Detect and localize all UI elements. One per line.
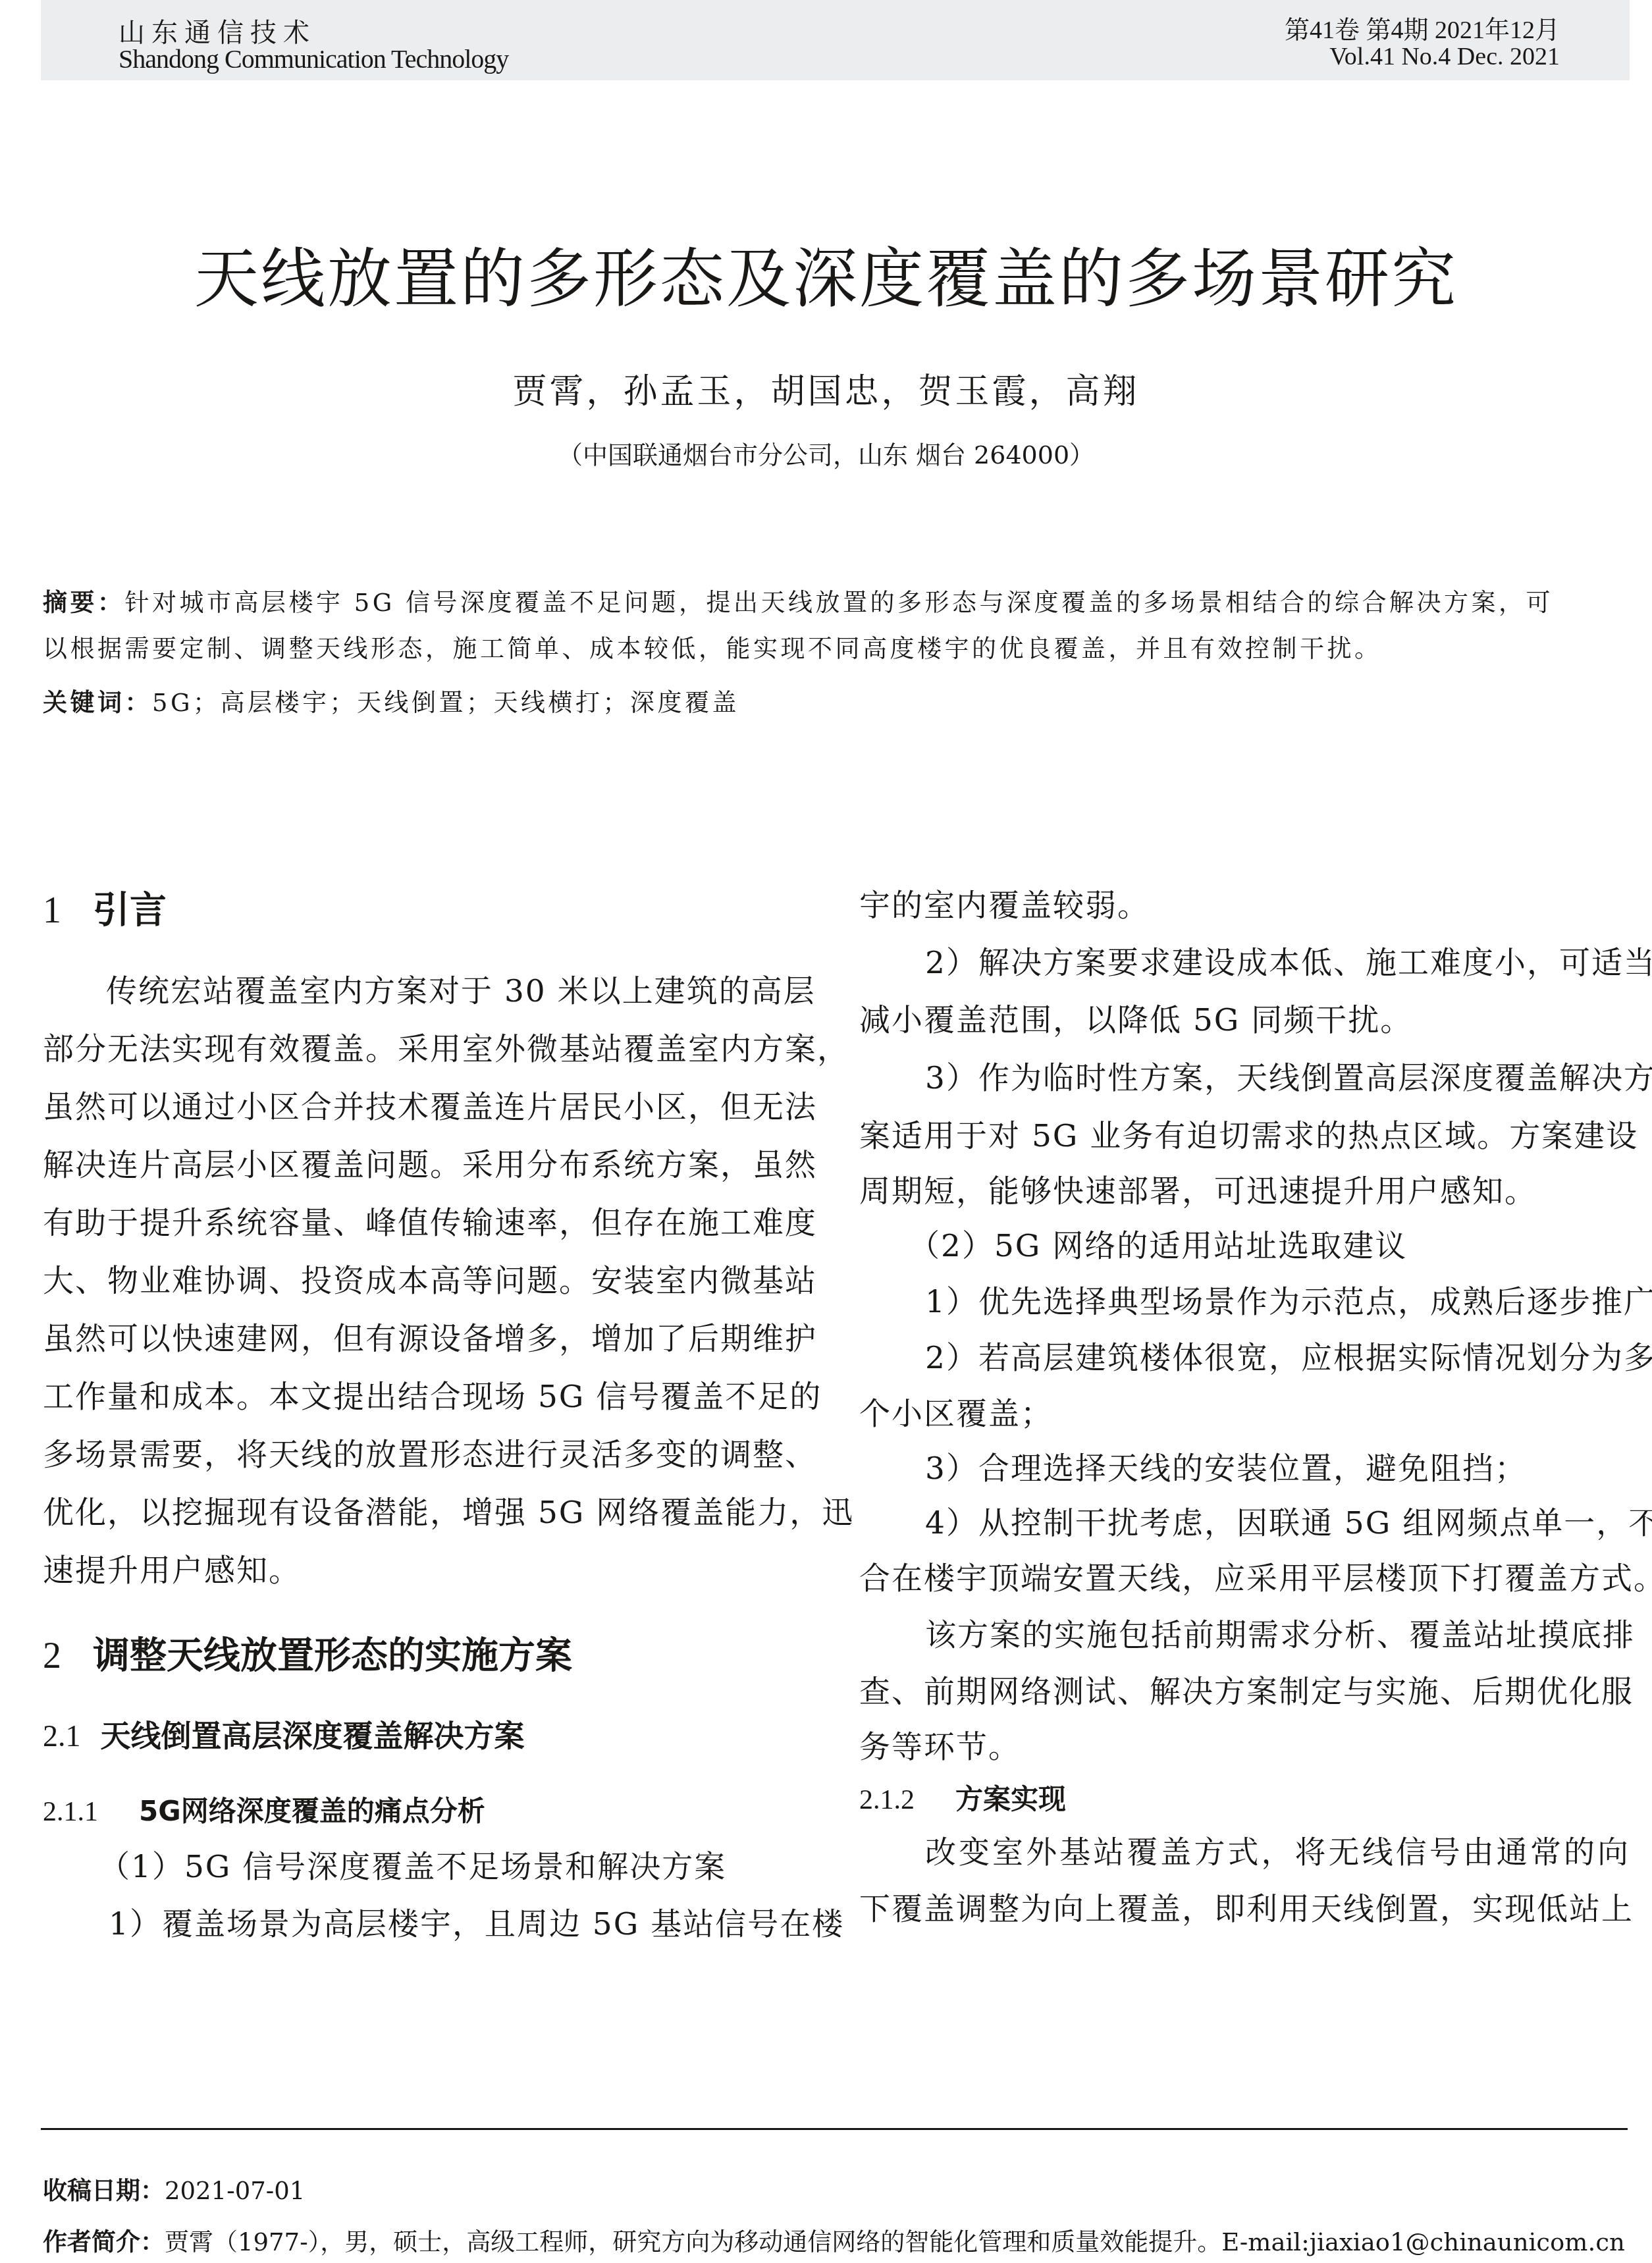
abstract-label: 摘要： <box>43 589 125 617</box>
subsubsection-number: 2.1.2 <box>859 1785 915 1815</box>
subsection-title: 天线倒置高层深度覆盖解决方案 <box>101 1718 525 1753</box>
issue-info-cn: 第41卷 第4期 2021年12月 <box>1285 9 1560 45</box>
bio-text: 贾霄（1977-），男，硕士，高级工程师，研究方向为移动通信网络的智能化管理和质… <box>165 2228 1625 2256</box>
abstract-line-1: 摘要：针对城市高层楼宇 5G 信号深度覆盖不足问题，提出天线放置的多形态与深度覆… <box>43 583 1553 618</box>
intro-line: 有助于提升系统容量、峰值传输速率，但存在施工难度 <box>43 1198 811 1242</box>
intro-line: 虽然可以通过小区合并技术覆盖连片居民小区，但无法 <box>43 1082 811 1127</box>
intro-line: 速提升用户感知。 <box>43 1546 301 1590</box>
intro-line: 解决连片高层小区覆盖问题。采用分布系统方案，虽然 <box>43 1140 811 1185</box>
received-date-line: 收稿日期：2021-07-01 <box>43 2171 305 2206</box>
author-list: 贾霄，孙孟玉，胡国忠，贺玉霞，高翔 <box>0 363 1652 413</box>
body-line: 3）作为临时性方案，天线倒置高层深度覆盖解决方 <box>859 1053 1630 1098</box>
body-line: 2）解决方案要求建设成本低、施工难度小，可适当 <box>859 938 1630 982</box>
section-heading-2: 2调整天线放置形态的实施方案 <box>43 1626 572 1679</box>
list-item: 4）从控制干扰考虑，因联通 5G 组网频点单一，不适 <box>859 1499 1630 1543</box>
subsection-number: 2.1 <box>43 1719 81 1753</box>
list-item-heading: （1）5G 信号深度覆盖不足场景和解决方案 <box>99 1842 726 1886</box>
author-bio-line: 作者简介：贾霄（1977-），男，硕士，高级工程师，研究方向为移动通信网络的智能… <box>43 2222 1625 2258</box>
body-line: 查、前期网络测试、解决方案制定与实施、后期优化服 <box>859 1667 1630 1711</box>
journal-name-en: Shandong Communication Technology <box>119 43 508 74</box>
list-item: 2）若高层建筑楼体很宽，应根据实际情况划分为多 <box>859 1333 1630 1377</box>
list-item-heading: （2）5G 网络的适用站址选取建议 <box>909 1221 1407 1265</box>
section-number: 1 <box>43 890 61 931</box>
keywords-text: 5G；高层楼宇；天线倒置；天线横打；深度覆盖 <box>152 689 739 717</box>
keywords-line: 关键词：5G；高层楼宇；天线倒置；天线横打；深度覆盖 <box>43 683 739 718</box>
body-line: 该方案的实施包括前期需求分析、覆盖站址摸底排 <box>859 1611 1630 1655</box>
intro-line: 大、物业难协调、投资成本高等问题。安装室内微基站 <box>43 1256 811 1300</box>
body-line: 减小覆盖范围，以降低 5G 同频干扰。 <box>859 996 1412 1040</box>
keywords-label: 关键词： <box>43 689 152 717</box>
received-label: 收稿日期： <box>43 2177 165 2205</box>
section-title: 调整天线放置形态的实施方案 <box>93 1634 572 1677</box>
affiliation: （中国联通烟台市分公司，山东 烟台 264000） <box>0 435 1652 471</box>
paper-title: 天线放置的多形态及深度覆盖的多场景研究 <box>0 227 1652 320</box>
subsection-heading-2-1: 2.1天线倒置高层深度覆盖解决方案 <box>43 1712 525 1755</box>
intro-line: 部分无法实现有效覆盖。采用室外微基站覆盖室内方案， <box>43 1025 811 1069</box>
body-line: 案适用于对 5G 业务有迫切需求的热点区域。方案建设 <box>859 1111 1630 1156</box>
subsubsection-title: 方案实现 <box>955 1783 1066 1815</box>
intro-line: 优化，以挖掘现有设备潜能，增强 5G 网络覆盖能力，迅 <box>43 1488 811 1532</box>
bio-label: 作者简介： <box>43 2228 165 2256</box>
body-line: 下覆盖调整为向上覆盖，即利用天线倒置，实现低站上 <box>859 1884 1630 1929</box>
body-line: 周期短，能够快速部署，可迅速提升用户感知。 <box>859 1167 1537 1211</box>
list-item: 3）合理选择天线的安装位置，避免阻挡； <box>925 1444 1527 1488</box>
received-date: 2021-07-01 <box>165 2177 305 2205</box>
intro-line: 传统宏站覆盖室内方案对于 30 米以上建筑的高层 <box>43 967 811 1011</box>
list-item: 1）覆盖场景为高层楼宇，且周边 5G 基站信号在楼 <box>43 1900 811 1944</box>
list-item: 合在楼宇顶端安置天线，应采用平层楼顶下打覆盖方式。 <box>859 1554 1630 1598</box>
subsubsection-heading-2-1-1: 2.1.15G网络深度覆盖的痛点分析 <box>43 1790 485 1829</box>
intro-line: 工作量和成本。本文提出结合现场 5G 信号覆盖不足的 <box>43 1372 811 1416</box>
section-heading-1: 1引言 <box>43 881 167 934</box>
intro-line: 虽然可以快速建网，但有源设备增多，增加了后期维护 <box>43 1314 811 1358</box>
list-item: 个小区覆盖； <box>859 1389 1053 1433</box>
subsubsection-number: 2.1.1 <box>43 1797 98 1827</box>
body-line: 宇的室内覆盖较弱。 <box>859 881 1150 925</box>
issue-info-en: Vol.41 No.4 Dec. 2021 <box>1329 42 1560 71</box>
body-line: 务等环节。 <box>859 1722 1021 1767</box>
intro-line: 多场景需要，将天线的放置形态进行灵活多变的调整、 <box>43 1430 811 1474</box>
footnote-divider <box>41 2128 1628 2130</box>
subsubsection-title: 5G网络深度覆盖的痛点分析 <box>139 1795 485 1827</box>
abstract-text: 针对城市高层楼宇 5G 信号深度覆盖不足问题，提出天线放置的多形态与深度覆盖的多… <box>125 589 1554 617</box>
list-item: 1）优先选择典型场景作为示范点，成熟后逐步推广； <box>859 1277 1630 1321</box>
subsubsection-heading-2-1-2: 2.1.2方案实现 <box>859 1778 1066 1817</box>
section-number: 2 <box>43 1636 61 1676</box>
abstract-line-2: 以根据需要定制、调整天线形态，施工简单、成本较低，能实现不同高度楼宇的优良覆盖，… <box>43 629 1382 664</box>
section-title: 引言 <box>93 889 167 932</box>
body-line: 改变室外基站覆盖方式，将无线信号由通常的向 <box>859 1828 1630 1872</box>
